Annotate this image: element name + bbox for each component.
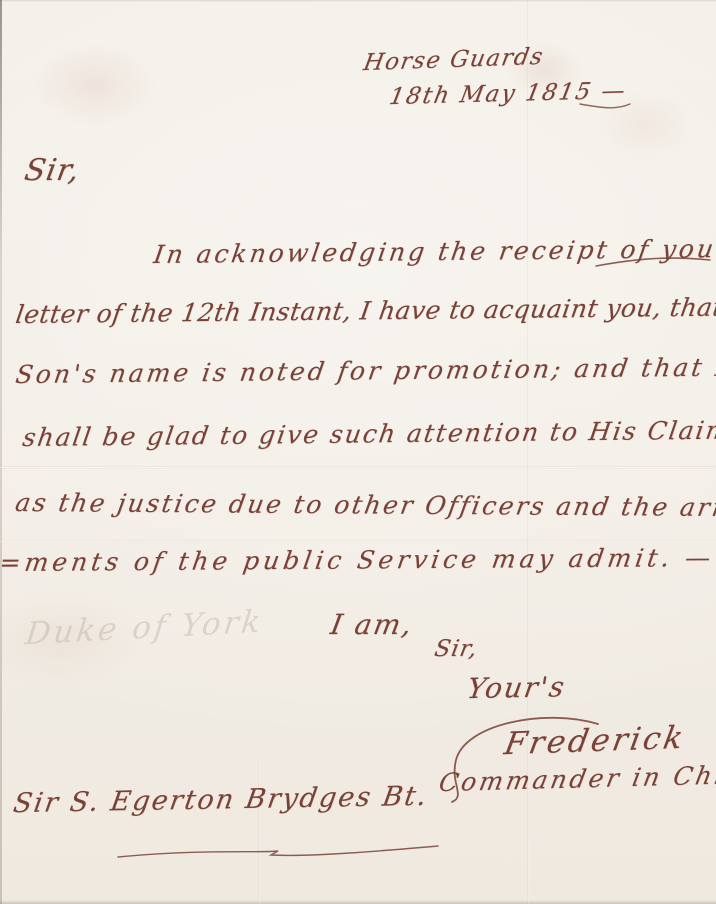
pencil-annotation: Duke of York [24,604,266,653]
body-line: shall be glad to give such attention to … [21,415,716,452]
letter-salutation: Sir, [22,153,83,188]
body-line: In acknowledging the receipt of your [152,234,716,269]
body-line: Son's name is noted for promotion; and t… [14,353,716,390]
letter-place: Horse Guards [361,44,546,76]
fold-crease-vertical-bottom [258,760,260,904]
signature-title: Commander in Chief [437,760,716,797]
closing-sir: Sir, [432,636,479,662]
signature: Frederick [502,720,689,763]
page-edge-bottom [0,900,716,904]
letter-date: 18th May 1815 — [387,78,629,110]
fold-crease-lower [0,540,716,543]
body-line: as the justice due to other Officers and… [13,488,716,522]
fold-crease-upper [0,466,716,469]
addressee: Sir S. Egerton Brydges Bt. [11,781,430,819]
body-line: =ments of the public Service may admit. … [0,543,716,577]
addressee-underline-flourish [118,846,438,857]
page-edge-top [0,0,716,2]
body-line: letter of the 12th Instant, I have to ac… [14,292,716,329]
letter-page: Duke of York Horse Guards 18th May 1815 … [0,0,716,904]
closing-yours: Your's [465,670,569,705]
page-edge-left [0,0,2,904]
closing-i-am: I am, [328,608,416,641]
